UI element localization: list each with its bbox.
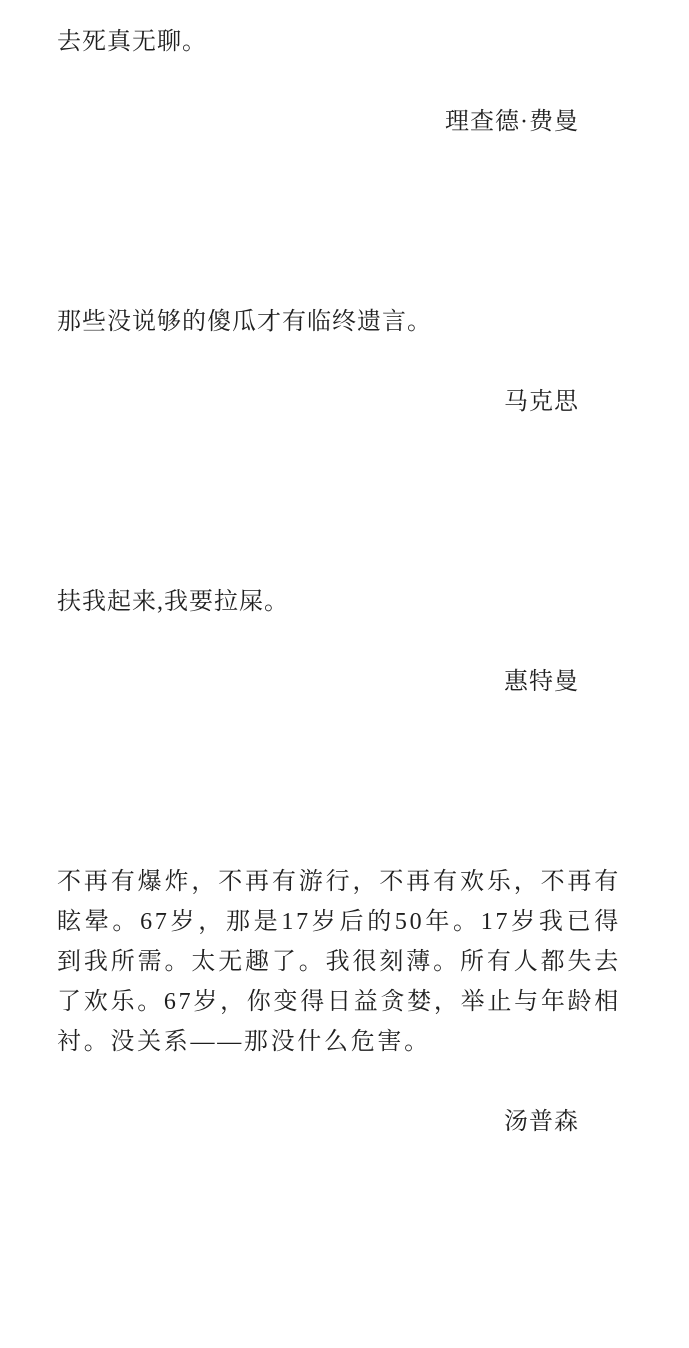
quote-text: 去死真无聊。 [57,22,621,62]
quote-text: 扶我起来,我要拉屎。 [57,582,621,622]
quote-block-thompson: 不再有爆炸，不再有游行，不再有欢乐，不再有眩晕。67岁，那是17岁后的50年。1… [57,862,621,1142]
quote-block-whitman: 扶我起来,我要拉屎。 惠特曼 [57,582,621,702]
quotes-page: 去死真无聊。 理查德·费曼 那些没说够的傻瓜才有临终遗言。 马克思 扶我起来,我… [0,0,689,1348]
quote-attribution: 马克思 [57,382,621,422]
quote-block-marx: 那些没说够的傻瓜才有临终遗言。 马克思 [57,302,621,422]
quote-text: 不再有爆炸，不再有游行，不再有欢乐，不再有眩晕。67岁，那是17岁后的50年。1… [57,862,621,1062]
quote-attribution: 理查德·费曼 [57,102,621,142]
quote-attribution: 汤普森 [57,1102,621,1142]
quote-text: 那些没说够的傻瓜才有临终遗言。 [57,302,621,342]
quote-block-feynman: 去死真无聊。 理查德·费曼 [57,22,621,142]
quote-attribution: 惠特曼 [57,662,621,702]
